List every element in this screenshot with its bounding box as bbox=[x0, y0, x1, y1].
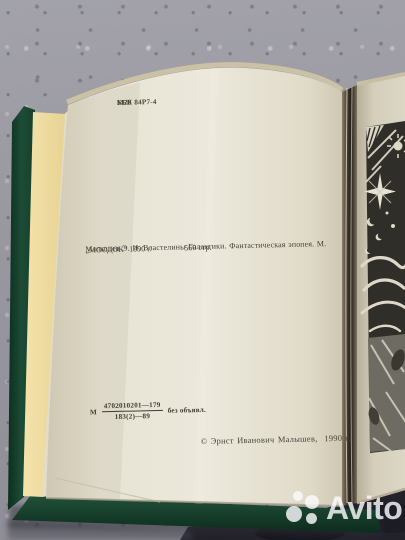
book-gutter bbox=[342, 85, 357, 506]
avito-logo-icon bbox=[286, 489, 320, 527]
avito-wordmark: Avito bbox=[326, 489, 402, 527]
book-artwork bbox=[0, 0, 405, 540]
avito-watermark: Avito bbox=[286, 489, 402, 527]
book-photo: ББК 84Р7-4 М20 Малышев Э. И. Властелины … bbox=[0, 0, 405, 540]
